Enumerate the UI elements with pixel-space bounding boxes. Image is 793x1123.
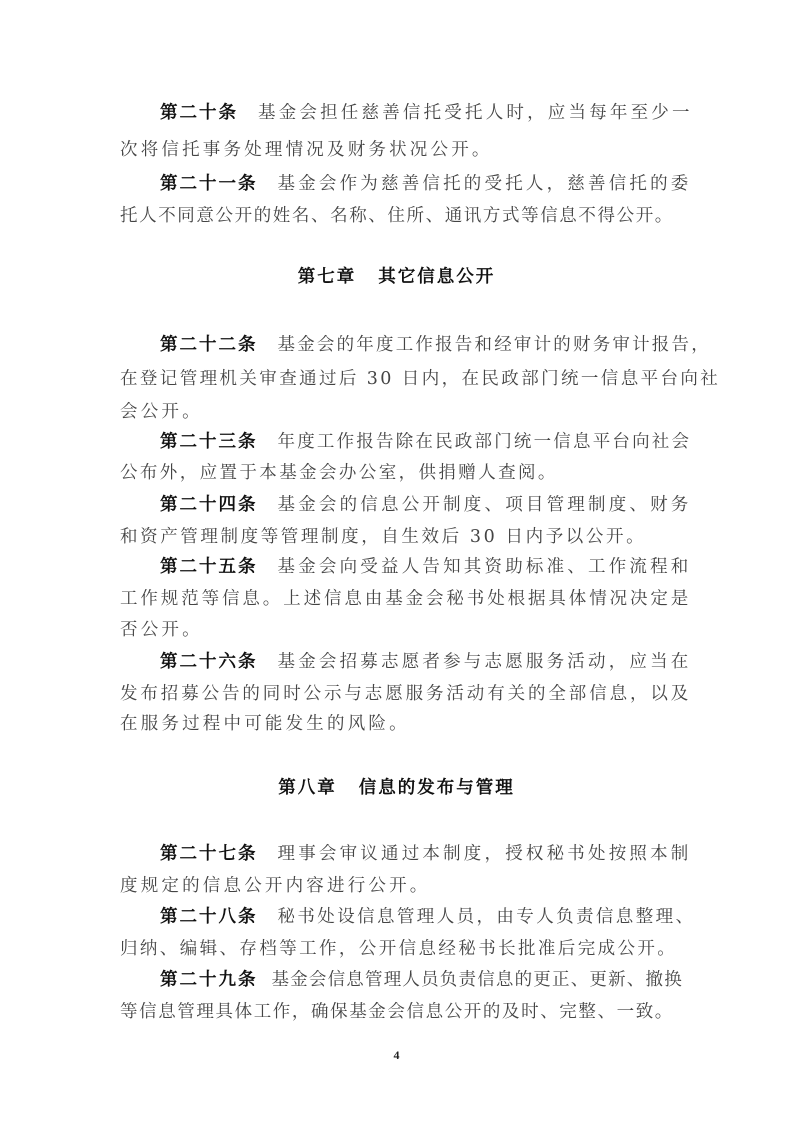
document-page: 第二十条基金会担任慈善信托受托人时，应当每年至少一 次将信托事务处理情况及财务状… xyxy=(0,0,793,1123)
article-text: 基金会信息管理人员负责信息的更正、更新、撤换 xyxy=(272,970,683,990)
article-number: 第二十二条 xyxy=(160,335,258,355)
article-20-line-1: 第二十条基金会担任慈善信托受托人时，应当每年至少一 xyxy=(160,102,680,124)
page-number: 4 xyxy=(0,1048,793,1063)
article-26-line-2: 发布招募公告的同时公示与志愿服务活动有关的全部信息，以及 xyxy=(120,683,680,705)
article-number: 第二十九条 xyxy=(160,970,258,990)
article-number: 第二十六条 xyxy=(160,652,258,672)
chapter-number: 第七章 xyxy=(298,267,357,287)
article-number: 第二十七条 xyxy=(160,844,258,864)
article-text: 理事会审议通过本制度，授权秘书处按照本制 xyxy=(278,844,692,864)
article-23-line-2: 公布外，应置于本基金会办公室，供捐赠人查阅。 xyxy=(120,462,680,484)
article-number: 第二十一条 xyxy=(160,174,258,194)
article-22-line-3: 会公开。 xyxy=(120,401,680,423)
article-number: 第二十三条 xyxy=(160,432,258,452)
article-27-line-1: 第二十七条理事会审议通过本制度，授权秘书处按照本制 xyxy=(160,843,680,865)
chapter-number: 第八章 xyxy=(278,778,337,798)
article-text: 基金会向受益人告知其资助标准、工作流程和 xyxy=(278,557,692,577)
article-number: 第二十四条 xyxy=(160,495,258,515)
article-27-line-2: 度规定的信息公开内容进行公开。 xyxy=(120,875,680,897)
article-21-line-1: 第二十一条基金会作为慈善信托的受托人，慈善信托的委 xyxy=(160,173,680,195)
article-26-line-3: 在服务过程中可能发生的风险。 xyxy=(120,713,680,735)
chapter-8-heading: 第八章信息的发布与管理 xyxy=(0,777,793,799)
article-text: 年度工作报告除在民政部门统一信息平台向社会 xyxy=(278,432,692,452)
article-29-line-1: 第二十九条基金会信息管理人员负责信息的更正、更新、撤换 xyxy=(160,969,680,991)
article-28-line-1: 第二十八条秘书处设信息管理人员，由专人负责信息整理、 xyxy=(160,906,680,928)
article-text: 基金会担任慈善信托受托人时，应当每年至少一 xyxy=(258,103,693,123)
article-25-line-1: 第二十五条基金会向受益人告知其资助标准、工作流程和 xyxy=(160,556,680,578)
article-24-line-1: 第二十四条基金会的信息公开制度、项目管理制度、财务 xyxy=(160,494,680,516)
article-number: 第二十八条 xyxy=(160,907,258,927)
chapter-title: 其它信息公开 xyxy=(378,267,495,287)
article-24-line-2: 和资产管理制度等管理制度，自生效后 30 日内予以公开。 xyxy=(120,526,680,548)
article-21-line-2: 托人不同意公开的姓名、名称、住所、通讯方式等信息不得公开。 xyxy=(120,205,680,227)
article-25-line-3: 否公开。 xyxy=(120,619,680,641)
article-26-line-1: 第二十六条基金会招募志愿者参与志愿服务活动，应当在 xyxy=(160,651,680,673)
article-text: 基金会招募志愿者参与志愿服务活动，应当在 xyxy=(278,652,692,672)
article-text: 基金会的信息公开制度、项目管理制度、财务 xyxy=(278,495,692,515)
chapter-title: 信息的发布与管理 xyxy=(359,778,515,798)
article-23-line-1: 第二十三条年度工作报告除在民政部门统一信息平台向社会 xyxy=(160,431,680,453)
article-text: 秘书处设信息管理人员，由专人负责信息整理、 xyxy=(278,907,696,927)
article-20-line-2: 次将信托事务处理情况及财务状况公开。 xyxy=(120,139,680,161)
article-text: 基金会的年度工作报告和经审计的财务审计报告， xyxy=(278,335,711,355)
article-25-line-2: 工作规范等信息。上述信息由基金会秘书处根据具体情况决定是 xyxy=(120,588,680,610)
article-number: 第二十条 xyxy=(160,103,238,123)
article-22-line-2: 在登记管理机关审查通过后 30 日内，在民政部门统一信息平台向社 xyxy=(120,368,680,390)
chapter-7-heading: 第七章其它信息公开 xyxy=(0,266,793,288)
article-28-line-2: 归纳、编辑、存档等工作，公开信息经秘书长批准后完成公开。 xyxy=(120,938,680,960)
article-22-line-1: 第二十二条基金会的年度工作报告和经审计的财务审计报告， xyxy=(160,334,680,356)
article-29-line-2: 等信息管理具体工作，确保基金会信息公开的及时、完整、一致。 xyxy=(120,1001,680,1023)
article-text: 基金会作为慈善信托的受托人，慈善信托的委 xyxy=(278,174,692,194)
article-number: 第二十五条 xyxy=(160,557,258,577)
